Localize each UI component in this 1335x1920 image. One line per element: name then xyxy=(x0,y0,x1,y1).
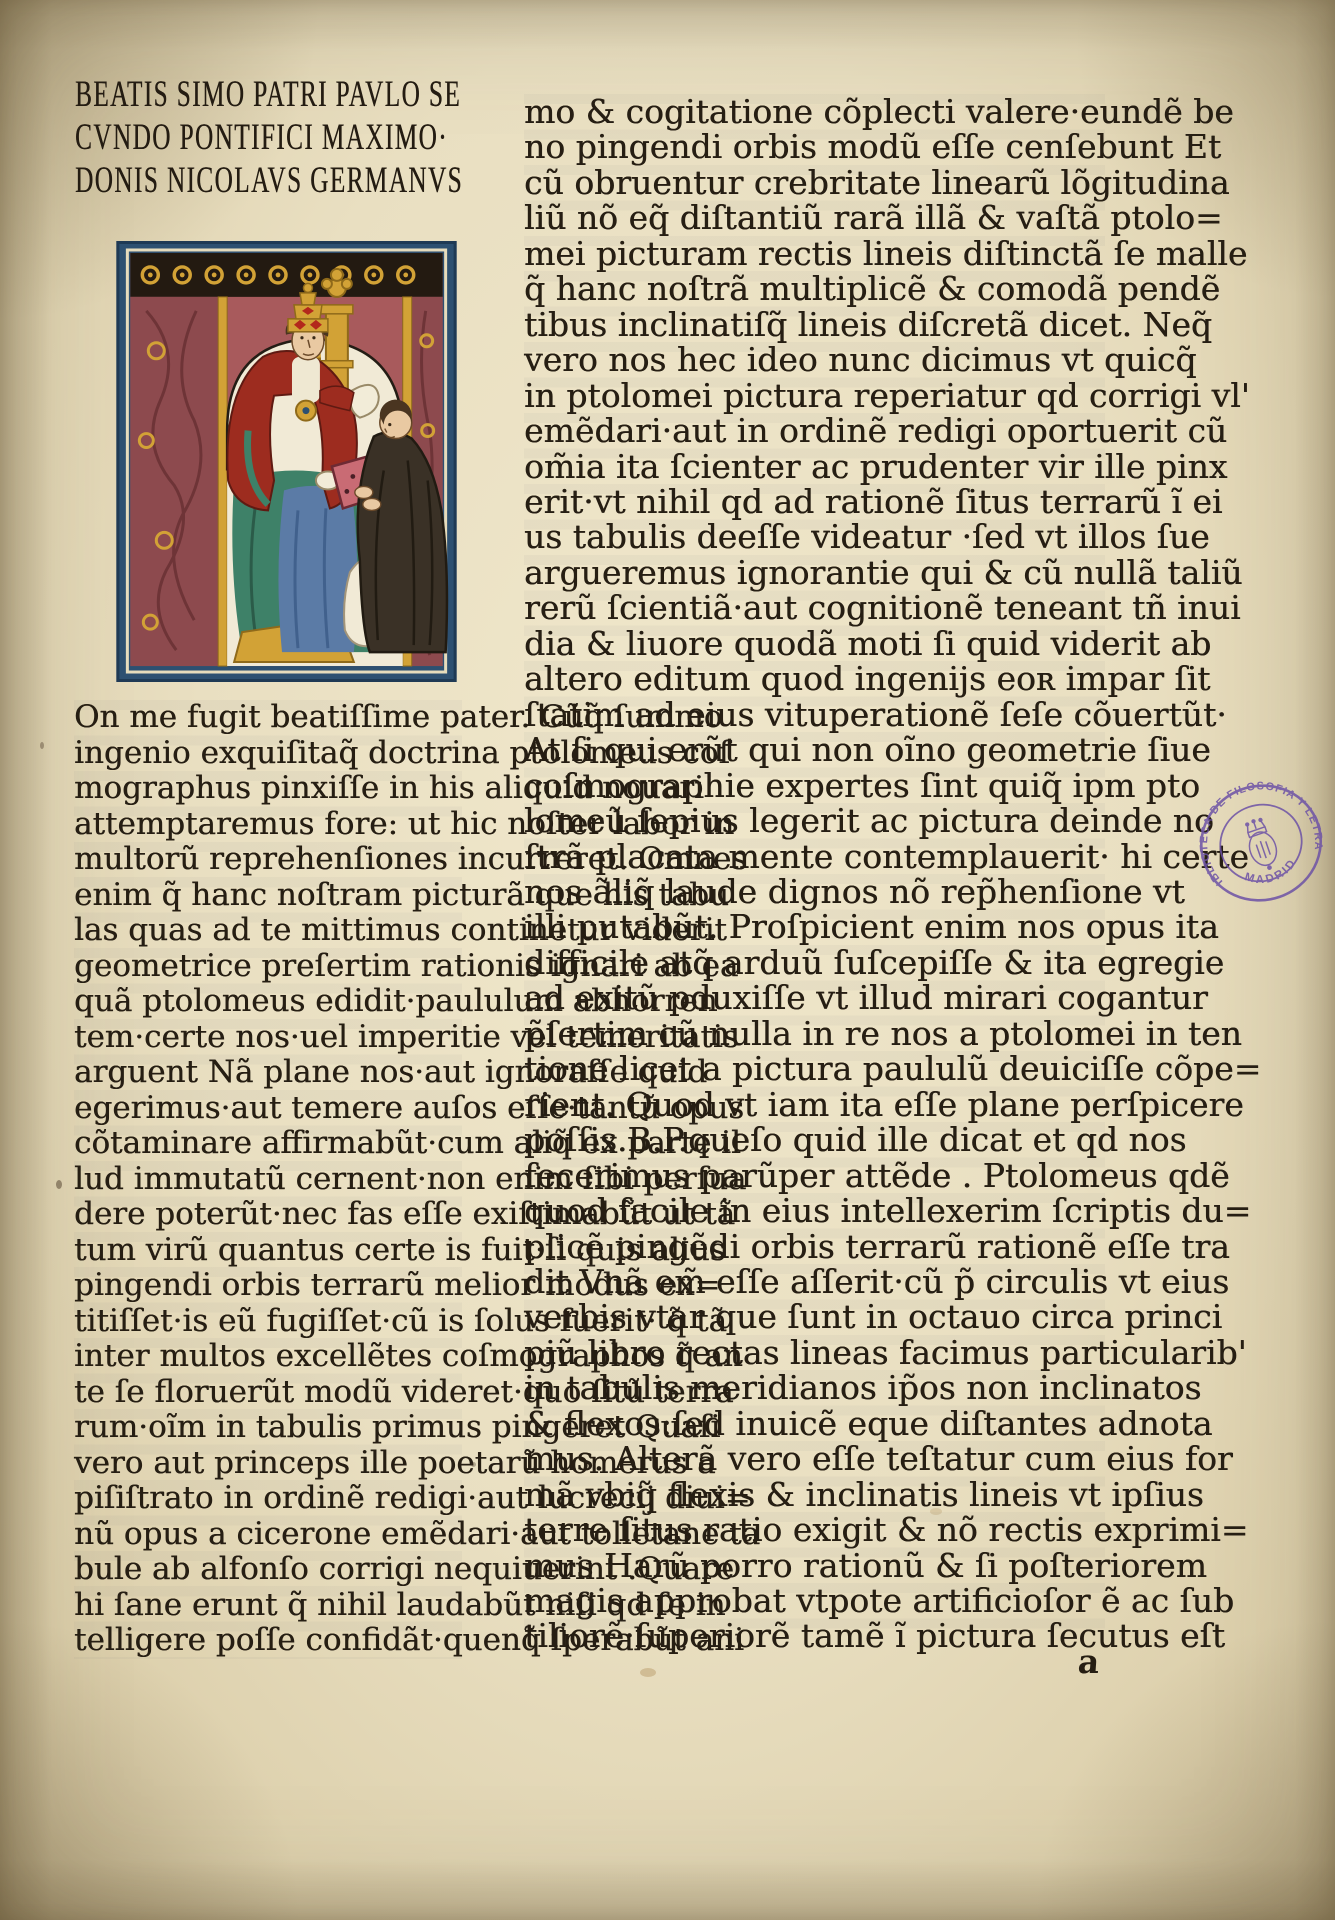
text-line: magis approbat vtpote artificioſor ẽ ac … xyxy=(524,1583,1105,1618)
paper-stain xyxy=(930,1508,942,1515)
text-line: emẽdari·aut in ordinẽ redigi oportuerit … xyxy=(524,413,1105,448)
text-line: ſtrã placata mente contemplauerit· hi ce… xyxy=(524,839,1105,874)
text-line: altero editum quod ingenijs eoʀ impar ſi… xyxy=(524,661,1105,696)
stamp-coat-of-arms xyxy=(1241,816,1283,874)
paper-speck xyxy=(56,1180,62,1189)
text-line: erit·vt nihil qd ad rationẽ ſitus terrar… xyxy=(524,484,1105,519)
text-line: dit Vnã em̃ eſſe aſſerit·cũ p̃ circulis … xyxy=(524,1264,1105,1299)
text-line: mã vbiq̃ flexis & inclinatis lineis vt i… xyxy=(524,1477,1105,1512)
text-line: in tabulis meridianos ip̃os non inclinat… xyxy=(524,1370,1105,1405)
text-line: titiſſet·is eũ fugiſſet·cũ is ſolus fuer… xyxy=(74,1304,462,1340)
text-line: vero aut princeps ille poetarũ homerus a xyxy=(74,1446,462,1482)
text-line: coſmographie expertes ſint quiq̃ ipm pto xyxy=(524,768,1105,803)
text-line: cũ obruentur crebritate linearũ lõgitudi… xyxy=(524,165,1105,200)
text-line: cõtaminare affirmabũt·cum aliq̃ ex parte… xyxy=(74,1126,462,1162)
text-line: mei picturam rectis lineis diſtinctã ſe … xyxy=(524,236,1105,271)
text-line: vero nos hec ideo nunc dicimus vt quicq̃ xyxy=(524,342,1105,377)
text-line: om̃ia ita ſcienter ac prudenter vir ille… xyxy=(524,449,1105,484)
right-text-column: mo & cogitatione cõplecti valere·eundẽ b… xyxy=(524,94,1105,1654)
text-line: fecerimus parũper attẽde . Ptolomeus qdẽ xyxy=(524,1158,1105,1193)
text-line: ad exitũ pduxiſſe vt illud mirari cogant… xyxy=(524,980,1105,1015)
text-line: bule ab alfonſo corrigi nequiuerint .Qua… xyxy=(74,1552,462,1588)
text-line: & flexos:ſed inuicẽ eque diſtantes adnot… xyxy=(524,1406,1105,1441)
text-line: lud immutatũ cernent·non enim ſibi perſu… xyxy=(74,1162,462,1198)
text-line: CVNDO PONTIFICI MAXIMO· xyxy=(75,117,463,160)
text-line: enim q̃ hanc noſtram picturã que his tab… xyxy=(74,878,462,914)
text-line: arguent Nã plane nos·aut ignoraſſe quid xyxy=(74,1055,462,1091)
text-line: lomeũ ſepius legerit ac pictura deinde n… xyxy=(524,803,1105,838)
text-line: p̃ſertim cũ nulla in re nos a ptolomei i… xyxy=(524,1016,1105,1051)
text-line: verbis vtar que ſunt in octauo circa pri… xyxy=(524,1299,1105,1334)
text-line: us tabulis deeſſe videatur ·ſed vt illos… xyxy=(524,519,1105,554)
text-line: telligere poſſe confidãt·quenq̃ ſperabũt… xyxy=(74,1623,462,1659)
text-line: dere poterũt·nec fas eſſe exiſtimabũt ut… xyxy=(74,1197,462,1233)
signature-mark: a xyxy=(1077,1642,1101,1681)
text-line: rerũ ſcientiã·aut cognitionẽ teneant tñ … xyxy=(524,590,1105,625)
paper-speck xyxy=(471,1462,476,1467)
text-line: in ptolomei pictura reperiatur qd corrig… xyxy=(524,378,1105,413)
text-line: tione licet a pictura paululũ deuiciſſe … xyxy=(524,1051,1105,1086)
text-line: multorũ reprehenſiones incurreret. Omnes xyxy=(74,842,462,878)
text-line: hi ſane erunt q̃ nihil laudabũt niſi qd … xyxy=(74,1588,462,1624)
text-line: rum·oĩm in tabulis primus pingeret Quaſi xyxy=(74,1410,462,1446)
text-line: piũ libro rectas lineas facimus particul… xyxy=(524,1335,1105,1370)
text-line: piſiſtrato in ordinẽ redigi·aut lucrecij… xyxy=(74,1481,462,1517)
text-line: dia & liuore quodã moti ſi quid viderit … xyxy=(524,626,1105,661)
text-line: ingenio exquiſitaq̃ doctrina ptolomeus c… xyxy=(74,736,462,772)
text-line: nũ opus a cicerone emẽdari·aut tolletane… xyxy=(74,1517,462,1553)
manuscript-page: BEATIS SIMO PATRI PAVLO SECVNDO PONTIFIC… xyxy=(0,0,1335,1920)
illuminated-initial-miniature xyxy=(116,241,457,682)
text-line: BEATIS SIMO PATRI PAVLO SE xyxy=(75,74,463,117)
left-text-column: On me fugit beatiſſime pater. Cũq̃ ſummo… xyxy=(74,700,462,1659)
text-line: rient. Quod vt iam ita eſſe plane perſpi… xyxy=(524,1087,1105,1122)
text-line: egerimus·aut temere auſos eſſe·tantũ opu… xyxy=(74,1091,462,1127)
text-line: inter multos excellẽtes coſmographos q̃ … xyxy=(74,1339,462,1375)
text-line: attemptaremus fore: ut hic noſter labor … xyxy=(74,807,462,843)
text-line: geometrice preſertim rationis ignari ab … xyxy=(74,949,462,985)
text-line: liũ nõ eq̃ diſtantiũ rarã illã & vaſtã p… xyxy=(524,200,1105,235)
text-line: ſtatim ad eius vituperationẽ ſeſe cõuert… xyxy=(524,697,1105,732)
text-line: nos ãliq̃ laude dignos nõ rep̃henſione v… xyxy=(524,874,1105,909)
text-line: poſſis.B.P.queſo quid ille dicat et qd n… xyxy=(524,1122,1105,1157)
paper-stain xyxy=(640,1668,656,1677)
text-line: quã ptolomeus edidit·paululum abhorren xyxy=(74,984,462,1020)
svg-text:MADRID: MADRID xyxy=(1240,854,1303,894)
text-line: tibus inclinatiſq̃ lineis diſcretã dicet… xyxy=(524,307,1105,342)
text-line: tiliorẽ·ſuperiorẽ tamẽ ĩ pictura ſecutus… xyxy=(524,1618,1105,1653)
text-line: no pingendi orbis modũ eſſe cenſebunt Et xyxy=(524,129,1105,164)
text-line: quod facile in eius intellexerim ſcripti… xyxy=(524,1193,1105,1228)
text-line: pingendi orbis terrarũ melior modus ex= xyxy=(74,1268,462,1304)
paper-speck xyxy=(40,742,44,749)
text-line: On me fugit beatiſſime pater. Cũq̃ ſummo xyxy=(74,700,462,736)
text-line: illi putabũt. Proſpicient enim nos opus … xyxy=(524,909,1105,944)
text-line: difficile atq̃ arduũ ſuſcepiſſe & ita eg… xyxy=(524,945,1105,980)
ornament-top-band xyxy=(130,253,442,297)
text-line: At ſi qui erũt qui non oĩno geometrie ſi… xyxy=(524,732,1105,767)
text-line: te ſe floruerũt modũ videret·quo ſitũ te… xyxy=(74,1375,462,1411)
text-line: mus Harũ porro rationũ & ſi poſteriorem xyxy=(524,1548,1105,1583)
text-line: mo & cogitatione cõplecti valere·eundẽ b… xyxy=(524,94,1105,129)
text-line: tum virũ quantus certe is fuit·ſi quis a… xyxy=(74,1233,462,1269)
text-line: terre ſitus ratio exigit & nõ rectis exp… xyxy=(524,1512,1105,1547)
text-line: mus. Alterã vero eſſe teſtatur cum eius … xyxy=(524,1441,1105,1476)
text-line: q̃ hanc noſtrã multiplicẽ & comodã pendẽ xyxy=(524,271,1105,306)
text-line: mographus pinxiſſe in his aliquid nouari xyxy=(74,771,462,807)
text-line: DONIS NICOLAVS GERMANVS xyxy=(75,160,463,203)
stamp-bottom-text: MADRID xyxy=(1240,854,1303,894)
text-line: argueremus ignorantie qui & cũ nullã tal… xyxy=(524,555,1105,590)
text-line: plicẽ pingẽdi orbis terrarũ rationẽ eſſe… xyxy=(524,1229,1105,1264)
text-line: las quas ad te mittimus continetur vider… xyxy=(74,913,462,949)
text-line: tem·certe nos·uel imperitie vel temerita… xyxy=(74,1020,462,1056)
